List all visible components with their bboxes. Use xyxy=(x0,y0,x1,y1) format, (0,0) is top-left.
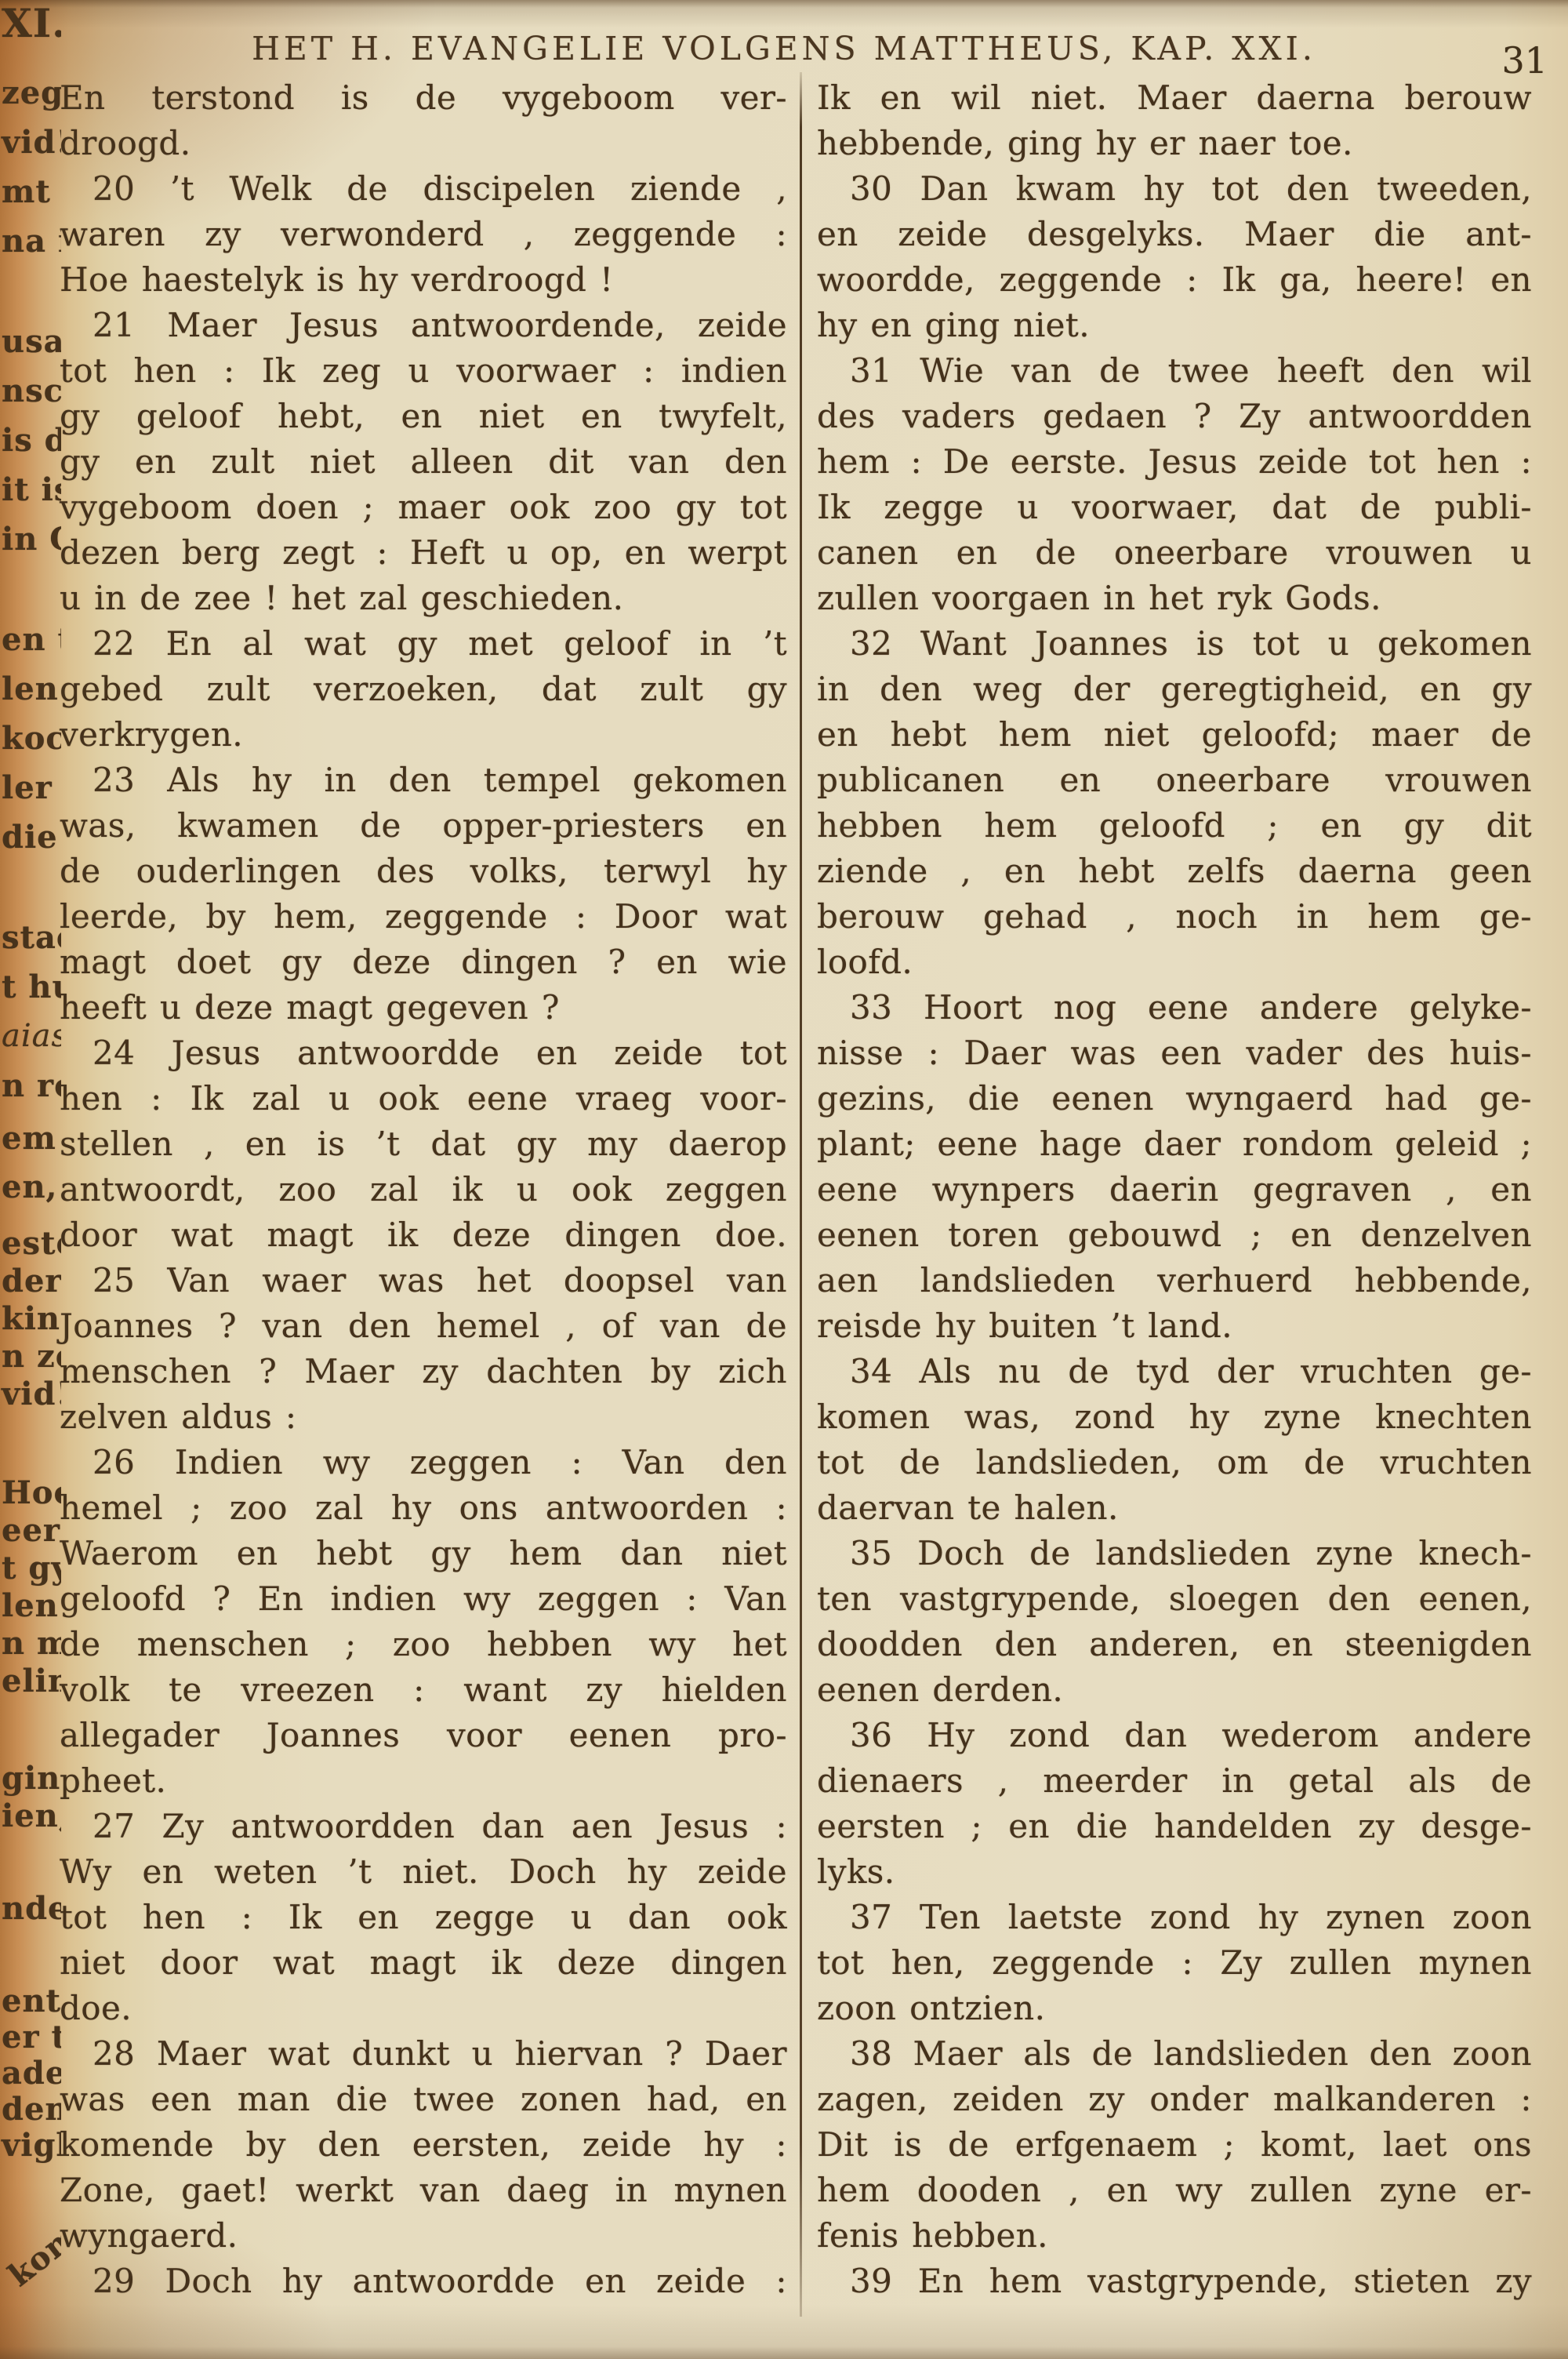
verse-line: niet door wat magt ik deze dingen xyxy=(60,1940,787,1986)
verse-line: gy en zult niet alleen dit van den xyxy=(60,439,787,485)
verse-line: was een man die twee zonen had, en xyxy=(60,2077,787,2122)
facing-page-text-fragment: t huis xyxy=(2,969,61,1005)
facing-page-text-fragment: kinder xyxy=(2,1300,61,1337)
verse-line: reisde hy buiten ’t land. xyxy=(817,1303,1532,1349)
verse-line: ten vastgrypende, sloegen den eenen, xyxy=(817,1576,1532,1622)
verse-line: nisse : Daer was een vader des huis- xyxy=(817,1030,1532,1076)
verse-line: tot de landslieden, om de vruchten xyxy=(817,1440,1532,1485)
verse-line: 24 Jesus antwoordde en zeide tot xyxy=(60,1030,787,1076)
verse-line: magt doet gy deze dingen ? en wie xyxy=(60,940,787,985)
verse-line: 30 Dan kwam hy tot den tweeden, xyxy=(817,166,1532,212)
verse-line: Zone, gaet! werkt van daeg in mynen xyxy=(60,2168,787,2213)
facing-page-text-fragment: adere xyxy=(2,2055,61,2092)
verse-line: 32 Want Joannes is tot u gekomen xyxy=(817,621,1532,667)
verse-line: doe. xyxy=(60,1986,787,2031)
verse-line: eersten ; en die handelden zy desge- xyxy=(817,1804,1532,1849)
facing-page-text-fragment: en te xyxy=(2,621,61,658)
facing-page-text-fragment: Hoort xyxy=(2,1474,61,1511)
verse-line: komende by den eersten, zeide hy : xyxy=(60,2122,787,2168)
verse-line: Hoe haestelyk is hy verdroogd ! xyxy=(60,257,787,303)
verse-line: 31 Wie van de twee heeft den wil xyxy=(817,348,1532,394)
verse-line: dienaers , meerder in getal als de xyxy=(817,1758,1532,1804)
verse-line: tot hen : Ik zeg u voorwaer : indien xyxy=(60,348,787,394)
facing-page-text-fragment: vighe xyxy=(2,2127,61,2164)
facing-page-text-fragment: en, die xyxy=(2,1169,61,1205)
facing-page-text-fragment: in G xyxy=(2,521,61,558)
verse-line: 37 Ten laetste zond hy zynen zoon xyxy=(817,1895,1532,1940)
facing-page-text-fragment: elinge xyxy=(2,1663,61,1699)
facing-page-text-fragment: eer w xyxy=(2,1512,61,1549)
verse-line: 34 Als nu de tyd der vruchten ge- xyxy=(817,1349,1532,1394)
verse-line: En terstond is de vygeboom ver- xyxy=(60,75,787,121)
verse-line: gezins, die eenen wyngaerd had ge- xyxy=(817,1076,1532,1121)
facing-page-text-fragment: em in xyxy=(2,1120,61,1157)
facing-page-text-fragment: koch xyxy=(2,720,61,757)
verse-line: stellen , en is ’t dat gy my daerop xyxy=(60,1121,787,1167)
verse-line: Ik en wil niet. Maer daerna berouw xyxy=(817,75,1532,121)
facing-page-text-fragment: usalem xyxy=(2,323,61,360)
verse-line: 21 Maer Jesus antwoordende, zeide xyxy=(60,303,787,348)
scanned-bible-page: XI.zeggevid! Gmt inna inusalemnscheis di… xyxy=(0,0,1568,2359)
column-divider-rule xyxy=(800,72,802,2317)
verse-line: zullen voorgaen in het ryk Gods. xyxy=(817,576,1532,621)
facing-page-text-fragment: aias lvi xyxy=(2,1018,61,1054)
verse-line: gy geloof hebt, en niet en twyfelt, xyxy=(60,394,787,439)
verse-line: Joannes ? van den hemel , of van de xyxy=(60,1303,787,1349)
verse-line: tot hen : Ik en zegge u dan ook xyxy=(60,1895,787,1940)
facing-page-text-fragment: t gy d xyxy=(2,1550,61,1587)
facing-page-text-fragment: esters xyxy=(2,1225,61,1262)
verse-line: 29 Doch hy antwoordde en zeide : xyxy=(60,2259,787,2304)
facing-page-text-fragment: ler wi xyxy=(2,769,61,806)
verse-line: 23 Als hy in den tempel gekomen xyxy=(60,758,787,803)
verse-line: zelven aldus : xyxy=(60,1394,787,1440)
verse-line: menschen ? Maer zy dachten by zich xyxy=(60,1349,787,1394)
verse-line: pheet. xyxy=(60,1758,787,1804)
facing-page-text-fragment: er to xyxy=(2,2019,61,2055)
verse-line: door wat magt ik deze dingen doe. xyxy=(60,1212,787,1258)
verse-line: publicanen en oneerbare vrouwen xyxy=(817,758,1532,803)
verse-line: zoon ontzien. xyxy=(817,1986,1532,2031)
verse-line: zagen, zeiden zy onder malkanderen : xyxy=(817,2077,1532,2122)
facing-page-text-fragment: nsche xyxy=(2,373,61,409)
verse-line: tot hen, zeggende : Zy zullen mynen xyxy=(817,1940,1532,1986)
gutter-facing-page-text: XI.zeggevid! Gmt inna inusalemnscheis di… xyxy=(0,0,61,2359)
facing-page-text-fragment: n roov xyxy=(2,1067,61,1104)
verse-line: 27 Zy antwoordden dan aen Jesus : xyxy=(60,1804,787,1849)
facing-page-text-fragment: ent d xyxy=(2,1983,61,2019)
verse-line: 25 Van waer was het doopsel van xyxy=(60,1258,787,1303)
facing-page-text-fragment: len v xyxy=(2,1587,61,1624)
verse-line: vygeboom doen ; maer ook zoo gy tot xyxy=(60,485,787,530)
verse-line: hem dooden , en wy zullen zyne er- xyxy=(817,2168,1532,2213)
verse-line: daervan te halen. xyxy=(817,1485,1532,1531)
verse-line: hebben hem geloofd ; en gy dit xyxy=(817,803,1532,849)
right-text-column: Ik en wil niet. Maer daerna berouwhebben… xyxy=(817,75,1532,2304)
facing-page-text-fragment: n zeide xyxy=(2,1338,61,1375)
facing-page-text-fragment: staet xyxy=(2,919,61,956)
verse-line: eene wynpers daerin gegraven , en xyxy=(817,1167,1532,1212)
verse-line: antwoordt, zoo zal ik u ook zeggen xyxy=(60,1167,787,1212)
verse-line: waren zy verwonderd , zeggende : xyxy=(60,212,787,257)
verse-line: 33 Hoort nog eene andere gelyke- xyxy=(817,985,1532,1030)
verse-line: hebbende, ging hy er naer toe. xyxy=(817,121,1532,166)
verse-line: in den weg der geregtigheid, en gy xyxy=(817,667,1532,712)
verse-line: loofd. xyxy=(817,940,1532,985)
verse-line: en hebt hem niet geloofd; maer de xyxy=(817,712,1532,758)
verse-line: lyks. xyxy=(817,1849,1532,1895)
verse-line: 39 En hem vastgrypende, stieten zy xyxy=(817,2259,1532,2304)
verse-line: 22 En al wat gy met geloof in ’t xyxy=(60,621,787,667)
facing-page-text-fragment: is dit? xyxy=(2,422,61,459)
verse-line: Wy en weten ’t niet. Doch hy zeide xyxy=(60,1849,787,1895)
facing-page-text-fragment: ien, xyxy=(2,1797,61,1834)
verse-line: dezen berg zegt : Heft u op, en werpt xyxy=(60,530,787,576)
verse-line: droogd. xyxy=(60,121,787,166)
facing-page-text-fragment: n mo xyxy=(2,1625,61,1662)
verse-line: gebed zult verzoeken, dat zult gy xyxy=(60,667,787,712)
verse-line: plant; eene hage daer rondom geleid ; xyxy=(817,1121,1532,1167)
verse-line: de ouderlingen des volks, terwyl hy xyxy=(60,849,787,894)
verse-line: hem : De eerste. Jesus zeide tot hen : xyxy=(817,439,1532,485)
verse-line: woordde, zeggende : Ik ga, heere! en xyxy=(817,257,1532,303)
verse-line: fenis hebben. xyxy=(817,2213,1532,2259)
verse-line: geloofd ? En indien wy zeggen : Van xyxy=(60,1576,787,1622)
verse-line: doodden den anderen, en steenigden xyxy=(817,1622,1532,1667)
verse-line: was, kwamen de opper-priesters en xyxy=(60,803,787,849)
verse-line: canen en de oneerbare vrouwen u xyxy=(817,530,1532,576)
verse-line: hemel ; zoo zal hy ons antwoorden : xyxy=(60,1485,787,1531)
facing-page-text-fragment: kome xyxy=(2,2204,61,2294)
verse-line: leerde, by hem, zeggende : Door wat xyxy=(60,894,787,940)
facing-page-text-fragment: it is Je xyxy=(2,471,61,508)
running-header: HET H. EVANGELIE VOLGENS MATTHEUS, KAP. … xyxy=(0,27,1568,82)
verse-line: en zeide desgelyks. Maer die ant- xyxy=(817,212,1532,257)
running-header-title: HET H. EVANGELIE VOLGENS MATTHEUS, KAP. … xyxy=(0,30,1568,67)
verse-line: 28 Maer wat dunkt u hiervan ? Daer xyxy=(60,2031,787,2077)
verse-line: eenen toren gebouwd ; en denzelven xyxy=(817,1212,1532,1258)
verse-line: Dit is de erfgenaem ; komt, laet ons xyxy=(817,2122,1532,2168)
facing-page-text-fragment: vid! G xyxy=(2,124,61,161)
verse-line: Waerom en hebt gy hem dan niet xyxy=(60,1531,787,1576)
verse-line: ziende , en hebt zelfs daerna geen xyxy=(817,849,1532,894)
facing-page-text-fragment: denze xyxy=(2,2091,61,2128)
verse-line: hy en ging niet. xyxy=(817,303,1532,348)
verse-line: berouw gehad , noch in hem ge- xyxy=(817,894,1532,940)
verse-line: heeft u deze magt gegeven ? xyxy=(60,985,787,1030)
verse-line: 35 Doch de landslieden zyne knech- xyxy=(817,1531,1532,1576)
verse-line: 26 Indien wy zeggen : Van den xyxy=(60,1440,787,1485)
verse-line: hen : Ik zal u ook eene vraeg voor- xyxy=(60,1076,787,1121)
verse-line: komen was, zond hy zyne knechten xyxy=(817,1394,1532,1440)
verse-line: eenen derden. xyxy=(817,1667,1532,1713)
facing-page-text-fragment: nde, xyxy=(2,1890,61,1927)
verse-line: Ik zegge u voorwaer, dat de publi- xyxy=(817,485,1532,530)
facing-page-text-fragment: mt in xyxy=(2,173,61,210)
verse-line: wyngaerd. xyxy=(60,2213,787,2259)
verse-line: aen landslieden verhuerd hebbende, xyxy=(817,1258,1532,1303)
verse-line: allegader Joannes voor eenen pro- xyxy=(60,1713,787,1758)
verse-line: 20 ’t Welk de discipelen ziende , xyxy=(60,166,787,212)
verse-line: volk te vreezen : want zy hielden xyxy=(60,1667,787,1713)
verse-line: 38 Maer als de landslieden den zoon xyxy=(817,2031,1532,2077)
facing-page-text-fragment: die du xyxy=(2,819,61,856)
facing-page-text-fragment: derhe xyxy=(2,1263,61,1299)
verse-line: u in de zee ! het zal geschieden. xyxy=(60,576,787,621)
facing-page-text-fragment: ging xyxy=(2,1760,61,1797)
facing-page-text-fragment: na in xyxy=(2,223,61,260)
verse-line: verkrygen. xyxy=(60,712,787,758)
left-text-column: En terstond is de vygeboom ver-droogd.20… xyxy=(60,75,787,2304)
verse-line: 36 Hy zond dan wederom andere xyxy=(817,1713,1532,1758)
verse-line: des vaders gedaen ? Zy antwoordden xyxy=(817,394,1532,439)
facing-page-text-fragment: len di xyxy=(2,671,61,707)
facing-page-text-fragment: vid! xyxy=(2,1376,61,1412)
verse-line: de menschen ; zoo hebben wy het xyxy=(60,1622,787,1667)
